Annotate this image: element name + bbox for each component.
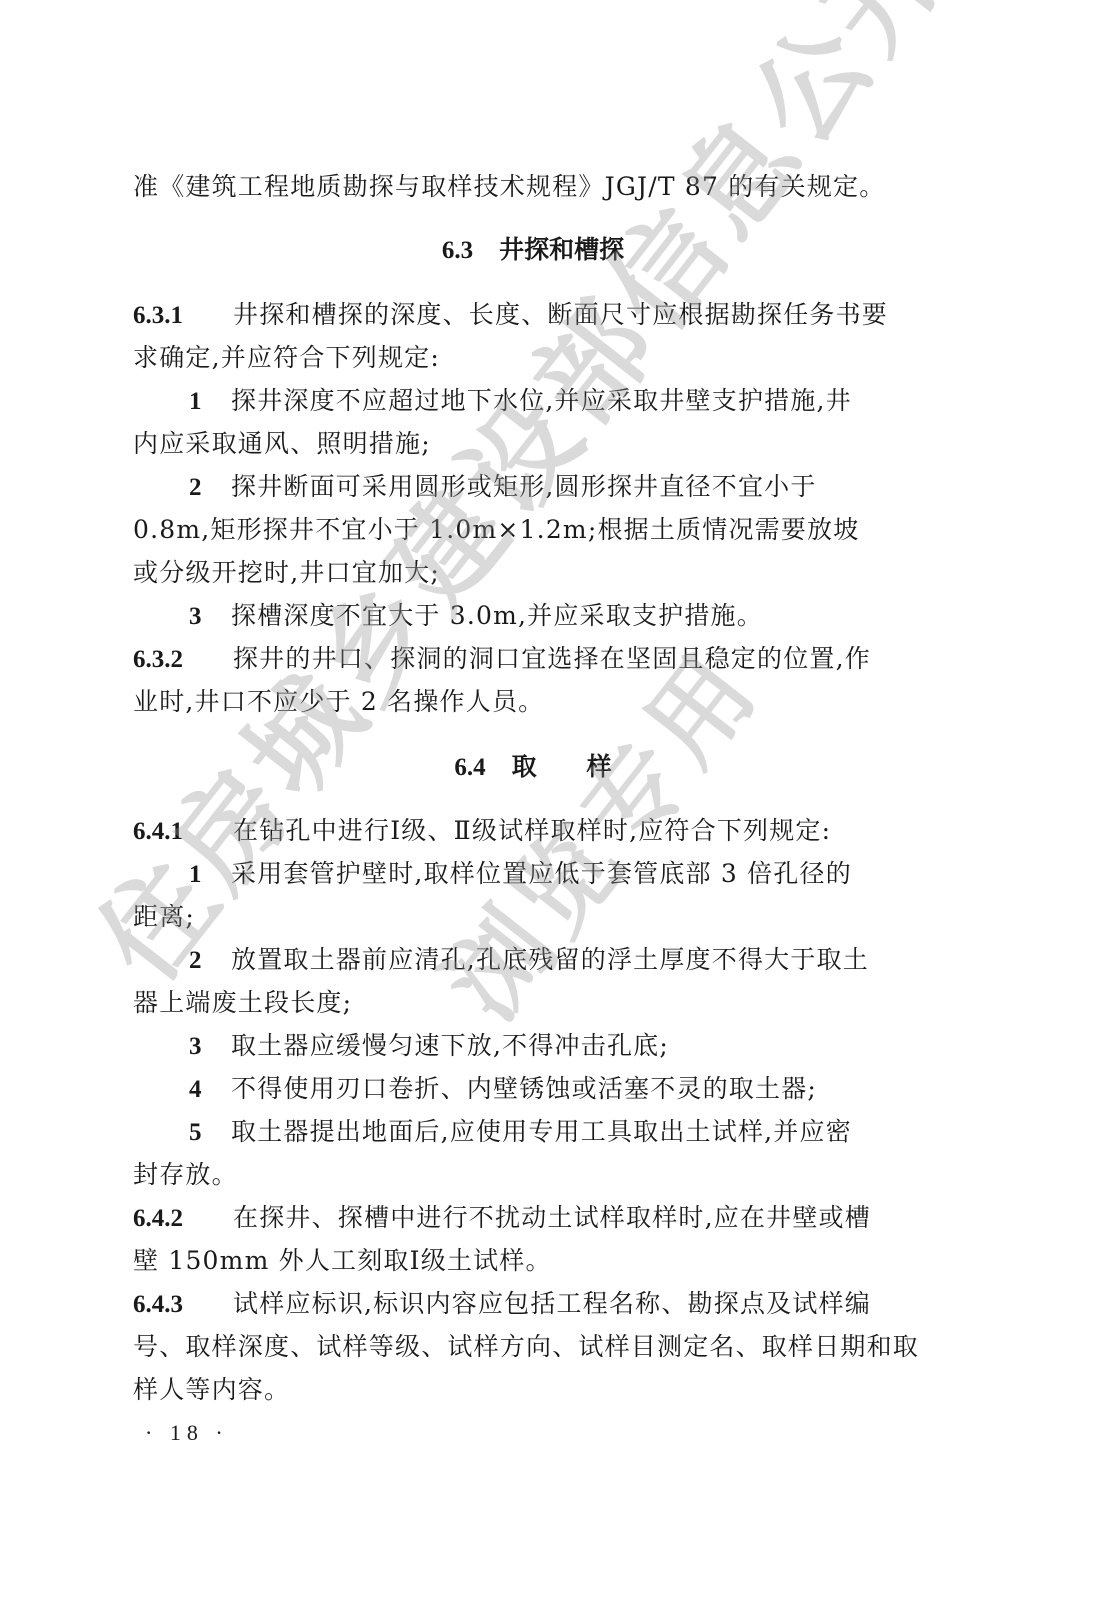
clause-6-3-1: 6.3.1井探和槽探的深度、长度、断面尺寸应根据勘探任务书要 xyxy=(133,300,933,331)
clause-text: 在探井、探槽中进行不扰动土试样取样时,应在井壁或槽 xyxy=(233,1203,871,1232)
item-number: 1 xyxy=(189,387,231,417)
item-text-line: 距离; xyxy=(133,902,933,932)
item-number: 5 xyxy=(189,1118,231,1148)
list-item-1: 1探井深度不应超过地下水位,并应采取井壁支护措施,井 xyxy=(189,386,933,417)
clause-text-line: 业时,井口不应少于 2 名操作人员。 xyxy=(133,687,933,717)
list-item-1: 1采用套管护壁时,取样位置应低于套管底部 3 倍孔径的 xyxy=(189,859,933,890)
clause-6-3-2: 6.3.2探井的井口、探洞的洞口宜选择在坚固且稳定的位置,作 xyxy=(133,644,933,675)
clause-number: 6.4.3 xyxy=(133,1290,233,1320)
item-text: 探井深度不应超过地下水位,并应采取井壁支护措施,井 xyxy=(231,386,852,415)
item-text: 探井断面可采用圆形或矩形,圆形探井直径不宜小于 xyxy=(231,472,817,501)
item-number: 2 xyxy=(189,946,231,976)
section-number: 6.4 xyxy=(454,754,485,781)
list-item-3: 3取土器应缓慢匀速下放,不得冲击孔底; xyxy=(189,1031,933,1062)
section-number: 6.3 xyxy=(442,237,473,264)
page-number: · 18 · xyxy=(145,1420,229,1446)
clause-number: 6.3.1 xyxy=(133,301,233,331)
list-item-4: 4不得使用刃口卷折、内壁锈蚀或活塞不灵的取土器; xyxy=(189,1074,933,1105)
clause-text-line: 样人等内容。 xyxy=(133,1375,933,1405)
clause-6-4-1: 6.4.1在钻孔中进行Ⅰ级、Ⅱ级试样取样时,应符合下列规定: xyxy=(133,816,933,847)
clause-number: 6.4.2 xyxy=(133,1204,233,1234)
item-text: 采用套管护壁时,取样位置应低于套管底部 3 倍孔径的 xyxy=(231,859,852,888)
clause-text: 在钻孔中进行Ⅰ级、Ⅱ级试样取样时,应符合下列规定: xyxy=(233,816,831,845)
continuation-line: 准《建筑工程地质勘探与取样技术规程》JGJ/T 87 的有关规定。 xyxy=(133,172,933,202)
item-number: 2 xyxy=(189,473,231,503)
clause-6-4-2: 6.4.2在探井、探槽中进行不扰动土试样取样时,应在井壁或槽 xyxy=(133,1203,933,1234)
section-title: 取 样 xyxy=(512,752,612,781)
clause-text-line: 壁 150mm 外人工刻取Ⅰ级土试样。 xyxy=(133,1246,933,1276)
item-number: 1 xyxy=(189,860,231,890)
item-text-line: 内应采取通风、照明措施; xyxy=(133,429,933,459)
item-number: 3 xyxy=(189,602,231,632)
item-text: 不得使用刃口卷折、内壁锈蚀或活塞不灵的取土器; xyxy=(231,1074,817,1103)
watermark-text: 住房城乡建设部信息公开 xyxy=(55,0,979,1008)
item-text: 放置取土器前应清孔,孔底残留的浮土厚度不得大于取土 xyxy=(231,945,869,974)
clause-text-line: 求确定,并应符合下列规定: xyxy=(133,343,933,373)
item-text: 取土器提出地面后,应使用专用工具取出土试样,并应密 xyxy=(231,1117,852,1146)
clause-text: 探井的井口、探洞的洞口宜选择在坚固且稳定的位置,作 xyxy=(233,644,871,673)
section-title: 井探和槽探 xyxy=(499,235,624,264)
clause-text: 井探和槽探的深度、长度、断面尺寸应根据勘探任务书要 xyxy=(233,300,888,329)
clause-number: 6.3.2 xyxy=(133,645,233,675)
item-text: 取土器应缓慢匀速下放,不得冲击孔底; xyxy=(231,1031,669,1060)
clause-text-line: 号、取样深度、试样等级、试样方向、试样目测定名、取样日期和取 xyxy=(133,1332,933,1362)
clause-number: 6.4.1 xyxy=(133,817,233,847)
item-text-line: 器上端废土段长度; xyxy=(133,988,933,1018)
list-item-5: 5取土器提出地面后,应使用专用工具取出土试样,并应密 xyxy=(189,1117,933,1148)
list-item-3: 3探槽深度不宜大于 3.0m,并应采取支护措施。 xyxy=(189,601,933,632)
section-heading-6-3: 6.3井探和槽探 xyxy=(133,235,933,266)
item-text-line: 封存放。 xyxy=(133,1160,933,1190)
clause-text: 试样应标识,标识内容应包括工程名称、勘探点及试样编 xyxy=(233,1289,871,1318)
item-number: 3 xyxy=(189,1032,231,1062)
section-heading-6-4: 6.4取 样 xyxy=(133,752,933,783)
clause-6-4-3: 6.4.3试样应标识,标识内容应包括工程名称、勘探点及试样编 xyxy=(133,1289,933,1320)
item-text: 探槽深度不宜大于 3.0m,并应采取支护措施。 xyxy=(231,601,763,630)
item-text-line: 0.8m,矩形探井不宜小于 1.0m×1.2m;根据土质情况需要放坡 xyxy=(133,515,933,545)
item-text-line: 或分级开挖时,井口宜加大; xyxy=(133,558,933,588)
item-number: 4 xyxy=(189,1075,231,1105)
list-item-2: 2探井断面可采用圆形或矩形,圆形探井直径不宜小于 xyxy=(189,472,933,503)
list-item-2: 2放置取土器前应清孔,孔底残留的浮土厚度不得大于取土 xyxy=(189,945,933,976)
